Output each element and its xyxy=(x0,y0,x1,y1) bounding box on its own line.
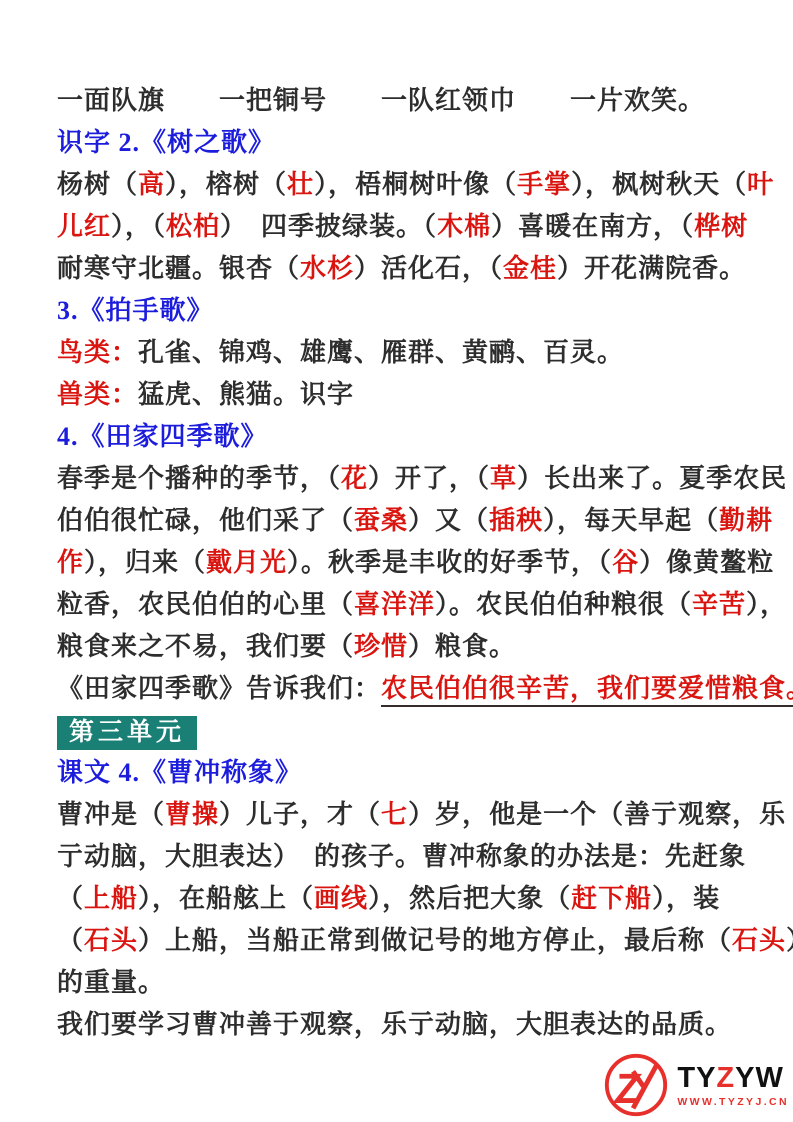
text-segment: ），每天早起（ xyxy=(543,506,719,535)
text-segment: 杨树（ xyxy=(57,170,138,199)
text-segment: 花 xyxy=(341,464,368,493)
brand-name: TYZYW xyxy=(677,1063,784,1093)
text-line: 儿红），（松柏） 四季披绿装。（木棉）喜暖在南方，（桦树 xyxy=(57,206,757,248)
text-segment: 伯伯很忙碌，他们采了（ xyxy=(57,506,354,535)
brand-name-accent: Z xyxy=(716,1062,735,1094)
text-segment: 蚕桑 xyxy=(354,506,408,535)
text-segment: ）又（ xyxy=(408,506,489,535)
text-segment: ）开了，（ xyxy=(368,464,490,493)
text-segment: ）岁，他是一个（善亍观察，乐 xyxy=(408,800,786,829)
section-heading: 课文 4.《曹冲称象》 xyxy=(57,752,757,794)
text-segment: 耐寒守北疆。银杏（ xyxy=(57,254,300,283)
text-segment: ）， xyxy=(746,590,787,619)
text-segment: 画线 xyxy=(314,884,368,913)
text-line: 我们要学习曹冲善于观察，乐亍动脑，大胆表达的品质。 xyxy=(57,1004,757,1046)
text-segment: 鸟类： xyxy=(57,338,138,367)
section-heading: 4.《田家四季歌》 xyxy=(57,416,757,458)
text-segment: 4.《田家四季歌》 xyxy=(57,422,268,451)
brand-name-suffix: YW xyxy=(735,1062,784,1094)
text-segment: 兽类： xyxy=(57,380,138,409)
text-segment: 作 xyxy=(57,548,84,577)
text-segment: 七 xyxy=(381,800,408,829)
text-segment: 珍惜 xyxy=(354,632,408,661)
text-line: 鸟类：孔雀、锦鸡、雄鹰、雁群、黄鹂、百灵。 xyxy=(57,332,757,374)
badge-line: 第三单元 xyxy=(57,710,757,752)
text-segment: （ xyxy=(57,926,84,955)
text-segment: 一面队旗 一把铜号 一队红领巾 一片欢笑。 xyxy=(57,86,705,115)
text-segment: ） xyxy=(786,926,793,955)
text-line: 粮食来之不易，我们要（珍惜）粮食。 xyxy=(57,626,757,668)
text-line: （上船），在船舷上（画线），然后把大象（赶下船），装 xyxy=(57,878,757,920)
section-heading: 3.《拍手歌》 xyxy=(57,290,757,332)
text-line: 一面队旗 一把铜号 一队红领巾 一片欢笑。 xyxy=(57,80,757,122)
brand-text: TYZYW WWW.TYZYJ.CN xyxy=(677,1063,789,1108)
text-segment: ），（ xyxy=(111,212,166,241)
brand-website: WWW.TYZYJ.CN xyxy=(677,1096,789,1108)
logo-mark-icon xyxy=(600,1050,672,1120)
text-line: 作），归来（戴月光）。秋季是丰收的好季节，（谷）像黄鳌粒 xyxy=(57,542,757,584)
text-segment: ）开花满院香。 xyxy=(557,254,746,283)
text-segment: ）像黄鳌粒 xyxy=(639,548,774,577)
text-line: 亍动脑，大胆表达） 的孩子。曹冲称象的办法是：先赶象 xyxy=(57,836,757,878)
brand-name-prefix: TY xyxy=(677,1062,716,1094)
text-segment: ），归来（ xyxy=(84,548,206,577)
text-segment: 戴月光 xyxy=(206,548,287,577)
text-segment: 亍动脑，大胆表达） 的孩子。曹冲称象的办法是：先赶象 xyxy=(57,842,746,871)
text-segment: ），装 xyxy=(652,884,720,913)
text-segment: （ xyxy=(57,884,84,913)
text-segment: ），然后把大象（ xyxy=(368,884,571,913)
text-segment: 金桂 xyxy=(503,254,557,283)
text-segment: 曹操 xyxy=(165,800,219,829)
text-segment: 松柏 xyxy=(166,212,220,241)
text-line: 耐寒守北疆。银杏（水杉）活化石，（金桂）开花满院香。 xyxy=(57,248,757,290)
text-segment: 的重量。 xyxy=(57,968,165,997)
unit-badge: 第三单元 xyxy=(57,716,197,750)
text-segment: 粮食来之不易，我们要（ xyxy=(57,632,354,661)
text-segment: ）。秋季是丰收的好季节，（ xyxy=(287,548,612,577)
text-segment: ） 四季披绿装。（ xyxy=(220,212,437,241)
text-segment: 喜洋洋 xyxy=(354,590,435,619)
text-segment: 我们要学习曹冲善于观察，乐亍动脑，大胆表达的品质。 xyxy=(57,1010,732,1039)
text-segment: ）儿子，才（ xyxy=(219,800,381,829)
text-line: 伯伯很忙碌，他们采了（蚕桑）又（插秧），每天早起（勤耕 xyxy=(57,500,757,542)
text-segment: 桦树 xyxy=(694,212,748,241)
text-segment: 辛苦 xyxy=(692,590,746,619)
text-line: 春季是个播种的季节，（花）开了，（草）长出来了。夏季农民 xyxy=(57,458,757,500)
text-segment: 赶下船 xyxy=(571,884,652,913)
text-line: 曹冲是（曹操）儿子，才（七）岁，他是一个（善亍观察，乐 xyxy=(57,794,757,836)
text-line: 《田家四季歌》告诉我们：农民伯伯很辛苦，我们要爱惜粮食。 xyxy=(57,668,757,710)
text-segment: ）长出来了。夏季农民 xyxy=(517,464,787,493)
text-line: 兽类：猛虎、熊猫。识字 xyxy=(57,374,757,416)
text-segment: ），榕树（ xyxy=(165,170,287,199)
text-segment: 石头 xyxy=(84,926,138,955)
text-segment: ），枫树秋天（ xyxy=(571,170,747,199)
text-segment: ）。农民伯伯种粮很（ xyxy=(435,590,692,619)
text-segment: 曹冲是（ xyxy=(57,800,165,829)
text-segment: 3.《拍手歌》 xyxy=(57,296,214,325)
text-segment: 课文 4.《曹冲称象》 xyxy=(57,758,302,787)
text-segment: 春季是个播种的季节，（ xyxy=(57,464,341,493)
text-segment: 孔雀、锦鸡、雄鹰、雁群、黄鹂、百灵。 xyxy=(138,338,624,367)
text-segment: 叶 xyxy=(747,170,774,199)
text-segment: 壮 xyxy=(287,170,314,199)
text-segment: 上船 xyxy=(84,884,138,913)
text-segment: ），在船舷上（ xyxy=(138,884,314,913)
text-segment: ），梧桐树叶像（ xyxy=(314,170,517,199)
text-segment: ）喜暖在南方，（ xyxy=(491,212,694,241)
text-segment: 水杉 xyxy=(300,254,354,283)
text-segment: 高 xyxy=(138,170,165,199)
text-segment: 《田家四季歌》告诉我们： xyxy=(57,674,381,703)
text-segment: 识字 2.《树之歌》 xyxy=(57,128,275,157)
text-line: （石头）上船，当船正常到做记号的地方停止，最后称（石头） xyxy=(57,920,757,962)
text-segment: 第三单元 xyxy=(69,719,185,746)
text-segment: ）粮食。 xyxy=(408,632,516,661)
text-segment: 勤耕 xyxy=(719,506,773,535)
text-segment: ）活化石，（ xyxy=(354,254,503,283)
document-body: 一面队旗 一把铜号 一队红领巾 一片欢笑。识字 2.《树之歌》杨树（高），榕树（… xyxy=(57,80,757,1046)
text-segment: 谷 xyxy=(612,548,639,577)
text-segment: 猛虎、熊猫。识字 xyxy=(138,380,354,409)
text-segment: 插秧 xyxy=(489,506,543,535)
text-segment: 儿红 xyxy=(57,212,111,241)
text-segment: 粒香，农民伯伯的心里（ xyxy=(57,590,354,619)
brand-logo: TYZYW WWW.TYZYJ.CN xyxy=(600,1050,789,1120)
text-line: 杨树（高），榕树（壮），梧桐树叶像（手掌），枫树秋天（叶 xyxy=(57,164,757,206)
text-segment: 石头 xyxy=(732,926,786,955)
text-line: 的重量。 xyxy=(57,962,757,1004)
text-segment: 草 xyxy=(490,464,517,493)
text-segment: 手掌 xyxy=(517,170,571,199)
text-segment: 农民伯伯很辛苦，我们要爱惜粮食。 xyxy=(381,674,793,707)
text-segment: 木棉 xyxy=(437,212,491,241)
text-segment: ）上船，当船正常到做记号的地方停止，最后称（ xyxy=(138,926,732,955)
section-heading: 识字 2.《树之歌》 xyxy=(57,122,757,164)
text-line: 粒香，农民伯伯的心里（喜洋洋）。农民伯伯种粮很（辛苦）， xyxy=(57,584,757,626)
